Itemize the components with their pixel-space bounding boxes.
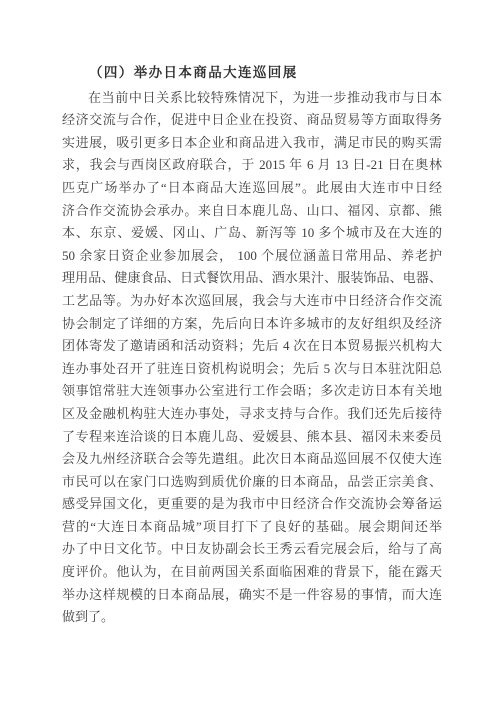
document-page: （四）举办日本商品大连巡回展 在当前中日关系比较特殊情况下，为进一步推动我市与日… <box>0 0 500 707</box>
paragraph-line: 实进展，吸引更多日本企业和商品进入我市，满足市民的购买需 <box>62 132 442 155</box>
paragraph-line: 感受异国文化，更重要的是为我市中日经济合作交流协会筹备运 <box>62 493 442 516</box>
paragraph-line: 协会制定了详细的方案，先后向日本许多城市的友好组织及经济 <box>62 313 442 336</box>
body-paragraph: 在当前中日关系比较特殊情况下，为进一步推动我市与日本 经济交流与合作，促进中日企… <box>62 87 442 629</box>
paragraph-line: 连办事处召开了驻连日资机构说明会；先后 5 次与日本驻沈阳总 <box>62 358 442 381</box>
paragraph-line: 在当前中日关系比较特殊情况下，为进一步推动我市与日本 <box>62 87 442 110</box>
section-heading: （四）举办日本商品大连巡回展 <box>62 62 442 85</box>
paragraph-line: 会及九州经济联合会等先遣组。此次日本商品巡回展不仅使大连 <box>62 448 442 471</box>
paragraph-line: 团体寄发了邀请函和活动资料；先后 4 次在日本贸易振兴机构大 <box>62 335 442 358</box>
paragraph-line: 区及金融机构驻大连办事处，寻求支持与合作。我们还先后接待 <box>62 403 442 426</box>
paragraph-line: 理用品、健康食品、日式餐饮用品、酒水果汁、服装饰品、电器、 <box>62 267 442 290</box>
paragraph-line: 营的“大连日本商品城”项目打下了良好的基础。展会期间还举 <box>62 516 442 539</box>
paragraph-line: 经济交流与合作，促进中日企业在投资、商品贸易等方面取得务 <box>62 109 442 132</box>
paragraph-line: 50 余家日资企业参加展会， 100 个展位涵盖日常用品、养老护 <box>62 245 442 268</box>
paragraph-line: 市民可以在家门口选购到质优价廉的日本商品，品尝正宗美食、 <box>62 471 442 494</box>
paragraph-line: 济合作交流协会承办。来自日本鹿儿岛、山口、福冈、京都、熊 <box>62 200 442 223</box>
paragraph-line: 领事馆常驻大连领事办公室进行工作会晤；多次走访日本有关地 <box>62 380 442 403</box>
paragraph-line: 匹克广场举办了“日本商品大连巡回展”。此展由大连市中日经 <box>62 177 442 200</box>
paragraph-line: 举办这样规模的日本商品展，确实不是一件容易的事情，而大连 <box>62 584 442 607</box>
paragraph-line: 度评价。他认为，在目前两国关系面临困难的背景下，能在露天 <box>62 561 442 584</box>
paragraph-line: 办了中日文化节。中日友协副会长王秀云看完展会后，给与了高 <box>62 538 442 561</box>
paragraph-line: 求，我会与西岗区政府联合，于 2015 年 6 月 13 日-21 日在奥林 <box>62 154 442 177</box>
paragraph-line: 做到了。 <box>62 606 442 629</box>
paragraph-line: 本、东京、爱媛、冈山、广岛、新泻等 10 多个城市及在大连的 <box>62 222 442 245</box>
paragraph-line: 工艺品等。为办好本次巡回展，我会与大连市中日经济合作交流 <box>62 290 442 313</box>
paragraph-line: 了专程来连洽谈的日本鹿儿岛、爱媛县、熊本县、福冈未来委员 <box>62 426 442 449</box>
